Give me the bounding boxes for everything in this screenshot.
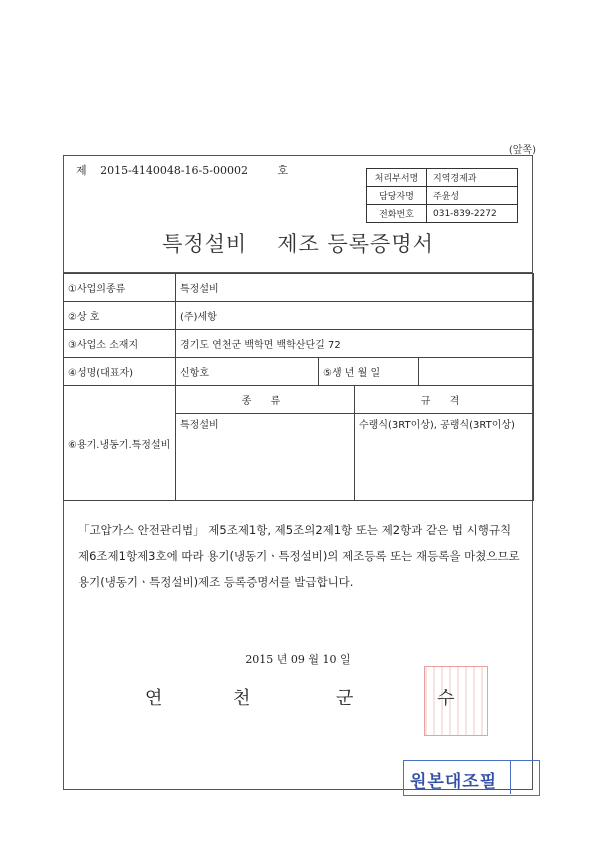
- processing-label: 담당자명: [367, 187, 427, 205]
- copy-verified-stamp: 원본대조필: [403, 760, 540, 796]
- trade-name-value: (주)세항: [176, 302, 534, 330]
- processing-row: 전화번호 031-839-2272: [367, 205, 518, 223]
- row-equipment-header: ⑥용기.냉동기.특정설비 종 류 규 격: [64, 386, 534, 414]
- copy-verified-text: 원본대조필: [410, 767, 497, 792]
- stamp-signature-box: [510, 761, 539, 794]
- registration-number: 제 2015-4140048-16-5-00002 호: [76, 162, 288, 178]
- certification-statement: 「고압가스 안전관리법」 제5조제1항, 제5조의2제1항 또는 제2항과 같은…: [78, 517, 523, 595]
- processing-label: 전화번호: [367, 205, 427, 223]
- business-type-value: 특정설비: [176, 274, 534, 302]
- equipment-type-header: 종 류: [176, 386, 355, 414]
- reg-suffix: 호: [277, 164, 288, 177]
- issue-date: 2015 년 09 월 10 일: [63, 651, 533, 667]
- processing-value: 031-839-2272: [427, 205, 518, 223]
- address-value: 경기도 연천군 백학면 백학산단길 72: [176, 330, 534, 358]
- document-title: 특정설비제조 등록증명서: [63, 228, 533, 258]
- row-trade-name: ②상 호 (주)세항: [64, 302, 534, 330]
- row-business-type: ①사업의종류 특정설비: [64, 274, 534, 302]
- row-address: ③사업소 소재지 경기도 연천군 백학면 백학산단길 72: [64, 330, 534, 358]
- processing-info-table: 처리부서명 지역경제과 담당자명 주윤성 전화번호 031-839-2272: [366, 168, 518, 223]
- address-label: ③사업소 소재지: [64, 330, 176, 358]
- title-part2: 제조 등록증명서: [277, 232, 434, 256]
- page-side-note: (앞쪽): [509, 141, 536, 156]
- birth-date-value: [419, 358, 534, 386]
- representative-label: ④성명(대표자): [64, 358, 176, 386]
- business-type-label: ①사업의종류: [64, 274, 176, 302]
- issuer-char-4: 수: [437, 684, 454, 710]
- processing-label: 처리부서명: [367, 169, 427, 187]
- trade-name-label: ②상 호: [64, 302, 176, 330]
- representative-value: 신항호: [176, 358, 319, 386]
- official-seal: [424, 666, 488, 736]
- row-representative: ④성명(대표자) 신항호 ⑤생 년 월 일: [64, 358, 534, 386]
- reg-number: 2015-4140048-16-5-00002: [100, 164, 248, 177]
- equipment-type-value: 특정설비: [176, 414, 355, 501]
- equipment-label: ⑥용기.냉동기.특정설비: [64, 386, 176, 501]
- birth-date-label: ⑤생 년 월 일: [319, 358, 419, 386]
- processing-row: 처리부서명 지역경제과: [367, 169, 518, 187]
- processing-value: 주윤성: [427, 187, 518, 205]
- title-part1: 특정설비: [162, 232, 247, 256]
- equipment-spec-value: 수랭식(3RT이상), 공랭식(3RT이상): [355, 414, 534, 501]
- processing-value: 지역경제과: [427, 169, 518, 187]
- reg-prefix: 제: [76, 164, 87, 177]
- issuer-char-1: 연: [145, 684, 162, 710]
- issuer-char-2: 천: [233, 684, 250, 710]
- equipment-spec-header: 규 격: [355, 386, 534, 414]
- registration-details-table: ①사업의종류 특정설비 ②상 호 (주)세항 ③사업소 소재지 경기도 연천군 …: [63, 273, 534, 501]
- issuer-char-3: 군: [336, 684, 353, 710]
- processing-row: 담당자명 주윤성: [367, 187, 518, 205]
